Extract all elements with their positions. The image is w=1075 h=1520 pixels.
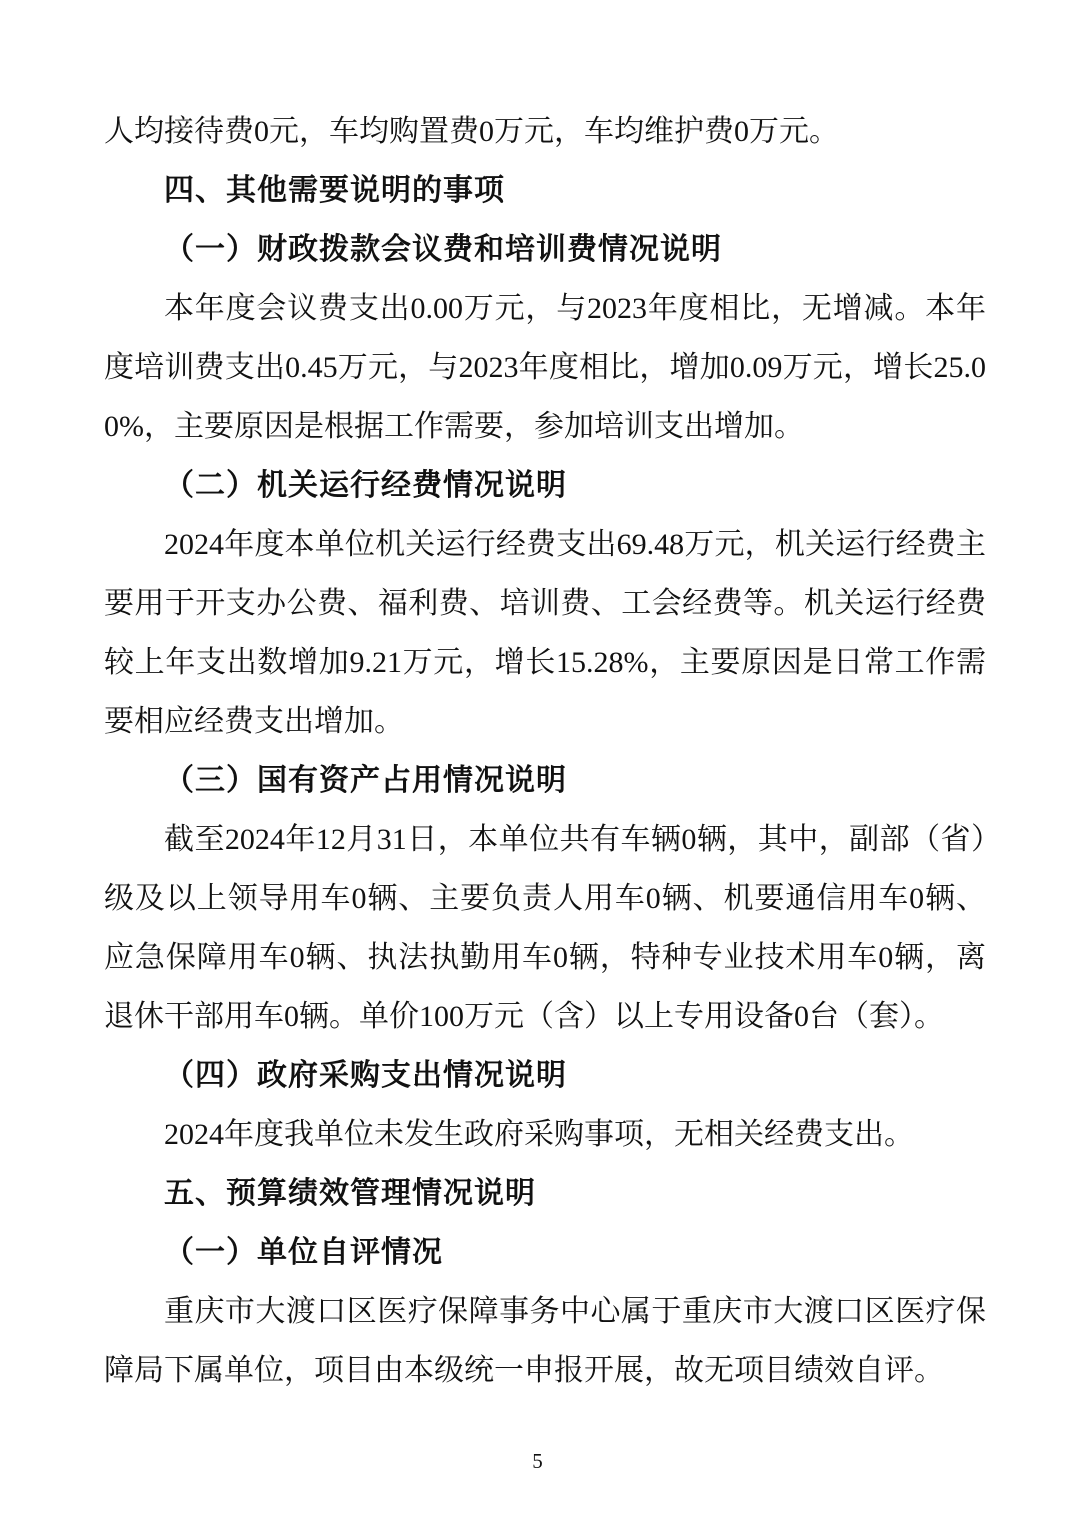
- paragraph-self-evaluation: 重庆市大渡口区医疗保障事务中心属于重庆市大渡口区医疗保障局下属单位，项目由本级统…: [104, 1282, 986, 1400]
- section-heading-five-budget-performance: 五、预算绩效管理情况说明: [104, 1164, 986, 1223]
- paragraph-per-capita-fees-continued: 人均接待费0元，车均购置费0万元，车均维护费0万元。: [104, 102, 986, 161]
- page-number: 5: [0, 1448, 1075, 1474]
- document-body: 人均接待费0元，车均购置费0万元，车均维护费0万元。 四、其他需要说明的事项 （…: [104, 102, 986, 1400]
- paragraph-government-procurement: 2024年度我单位未发生政府采购事项，无相关经费支出。: [104, 1105, 986, 1164]
- subsection-heading-four-1-meeting-training-fees: （一）财政拨款会议费和培训费情况说明: [104, 220, 986, 279]
- section-heading-four-other-matters: 四、其他需要说明的事项: [104, 161, 986, 220]
- subsection-heading-five-1-self-evaluation: （一）单位自评情况: [104, 1223, 986, 1282]
- paragraph-state-assets: 截至2024年12月31日，本单位共有车辆0辆，其中，副部（省）级及以上领导用车…: [104, 810, 986, 1046]
- subsection-heading-four-3-state-assets: （三）国有资产占用情况说明: [104, 751, 986, 810]
- document-page: 人均接待费0元，车均购置费0万元，车均维护费0万元。 四、其他需要说明的事项 （…: [0, 0, 1075, 1520]
- paragraph-operating-expense: 2024年度本单位机关运行经费支出69.48万元，机关运行经费主要用于开支办公费…: [104, 515, 986, 751]
- subsection-heading-four-2-operating-expense: （二）机关运行经费情况说明: [104, 456, 986, 515]
- subsection-heading-four-4-government-procurement: （四）政府采购支出情况说明: [104, 1046, 986, 1105]
- paragraph-meeting-training-fees: 本年度会议费支出0.00万元，与2023年度相比，无增减。本年度培训费支出0.4…: [104, 279, 986, 456]
